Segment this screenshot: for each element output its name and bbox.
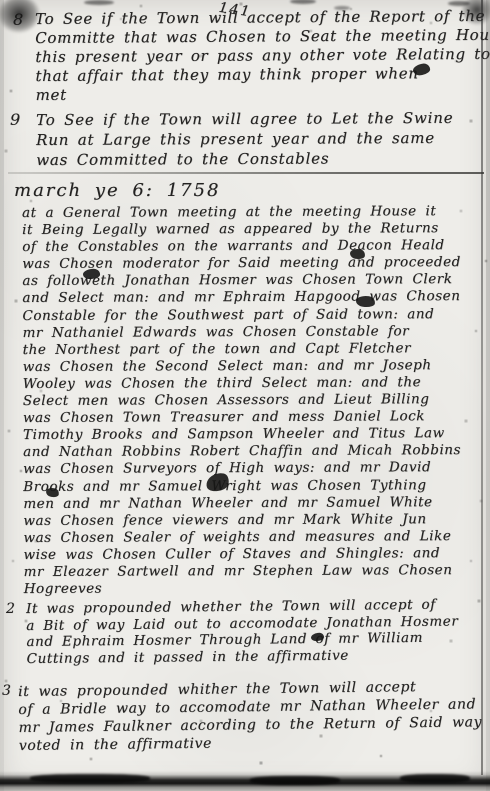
scan-edge-smudge xyxy=(290,0,316,4)
proposition-text: it was propounded whither the Town will … xyxy=(18,677,482,755)
scan-noise xyxy=(0,0,2,2)
scan-edge xyxy=(486,0,490,791)
meeting-date-heading: march ye 6: 1758 xyxy=(14,180,220,201)
proposition-3: 3 it was propounded whither the Town wil… xyxy=(2,683,488,755)
manuscript-page: 141 8 To See if the Town will accept of … xyxy=(0,0,490,791)
article-text: To See if the Town will accept of the Re… xyxy=(35,7,490,105)
proposition-2: 2 It was propounded whether the Town wil… xyxy=(6,601,486,667)
page-margin-line xyxy=(481,0,483,775)
scan-bottom-edge xyxy=(250,776,340,785)
scan-edge-smudge xyxy=(334,6,350,10)
article-text: To See if the Town will agree to Let the… xyxy=(36,108,454,170)
scan-corner-smudge xyxy=(0,0,48,40)
section-divider-line xyxy=(8,172,484,174)
proposition-number: 2 xyxy=(6,601,26,617)
scan-edge-smudge xyxy=(84,0,114,5)
warrant-article-9: 9 To See if the Town will agree to Let t… xyxy=(10,110,484,170)
ink-blot xyxy=(356,295,376,307)
warrant-article-8: 8 To See if the Town will accept of the … xyxy=(13,10,483,105)
scan-bottom-edge xyxy=(400,774,470,783)
scan-bottom-edge xyxy=(30,774,150,783)
proposition-number: 3 xyxy=(2,683,18,699)
article-number: 9 xyxy=(10,110,36,129)
proposition-text: It was propounded whether the Town will … xyxy=(26,596,459,667)
scan-edge xyxy=(0,0,4,791)
meeting-minutes-text: at a General Town meeting at the meeting… xyxy=(22,203,462,598)
scan-edge-smudge xyxy=(448,1,470,6)
